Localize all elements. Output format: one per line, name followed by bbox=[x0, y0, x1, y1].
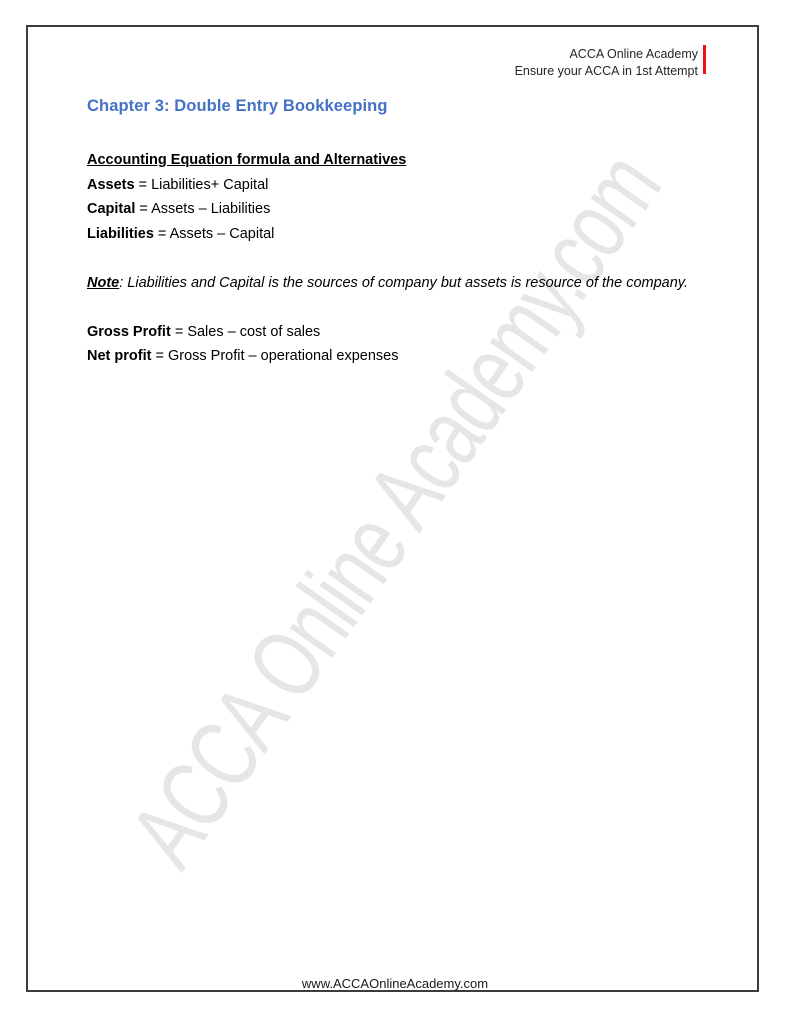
note-text: : Liabilities and Capital is the sources… bbox=[119, 275, 688, 291]
document-body: Accounting Equation formula and Alternat… bbox=[87, 148, 688, 369]
equation-rhs: = Liabilities+ Capital bbox=[135, 177, 269, 193]
header-tagline: Ensure your ACCA in 1st Attempt bbox=[515, 63, 698, 80]
header-academy-name: ACCA Online Academy bbox=[515, 46, 698, 63]
header-accent-bar bbox=[703, 45, 706, 74]
equation-liabilities: Liabilities = Assets – Capital bbox=[87, 222, 688, 247]
equation-rhs: = Assets – Capital bbox=[154, 226, 275, 242]
formula-term: Gross Profit bbox=[87, 324, 171, 340]
note-label: Note bbox=[87, 275, 119, 291]
equation-rhs: = Assets – Liabilities bbox=[135, 201, 270, 217]
page-header: ACCA Online Academy Ensure your ACCA in … bbox=[515, 46, 698, 80]
formula-term: Net profit bbox=[87, 348, 151, 364]
equation-capital: Capital = Assets – Liabilities bbox=[87, 197, 688, 222]
equation-assets: Assets = Liabilities+ Capital bbox=[87, 173, 688, 198]
note-paragraph: Note: Liabilities and Capital is the sou… bbox=[87, 271, 688, 296]
formula-net-profit: Net profit = Gross Profit – operational … bbox=[87, 344, 688, 369]
chapter-title: Chapter 3: Double Entry Bookkeeping bbox=[87, 97, 388, 116]
formula-rhs: = Gross Profit – operational expenses bbox=[151, 348, 398, 364]
formula-gross-profit: Gross Profit = Sales – cost of sales bbox=[87, 320, 688, 345]
section-heading: Accounting Equation formula and Alternat… bbox=[87, 148, 688, 173]
equation-term: Capital bbox=[87, 201, 135, 217]
formula-rhs: = Sales – cost of sales bbox=[171, 324, 321, 340]
equation-term: Liabilities bbox=[87, 226, 154, 242]
equation-term: Assets bbox=[87, 177, 135, 193]
footer-website: www.ACCAOnlineAcademy.com bbox=[0, 976, 790, 991]
